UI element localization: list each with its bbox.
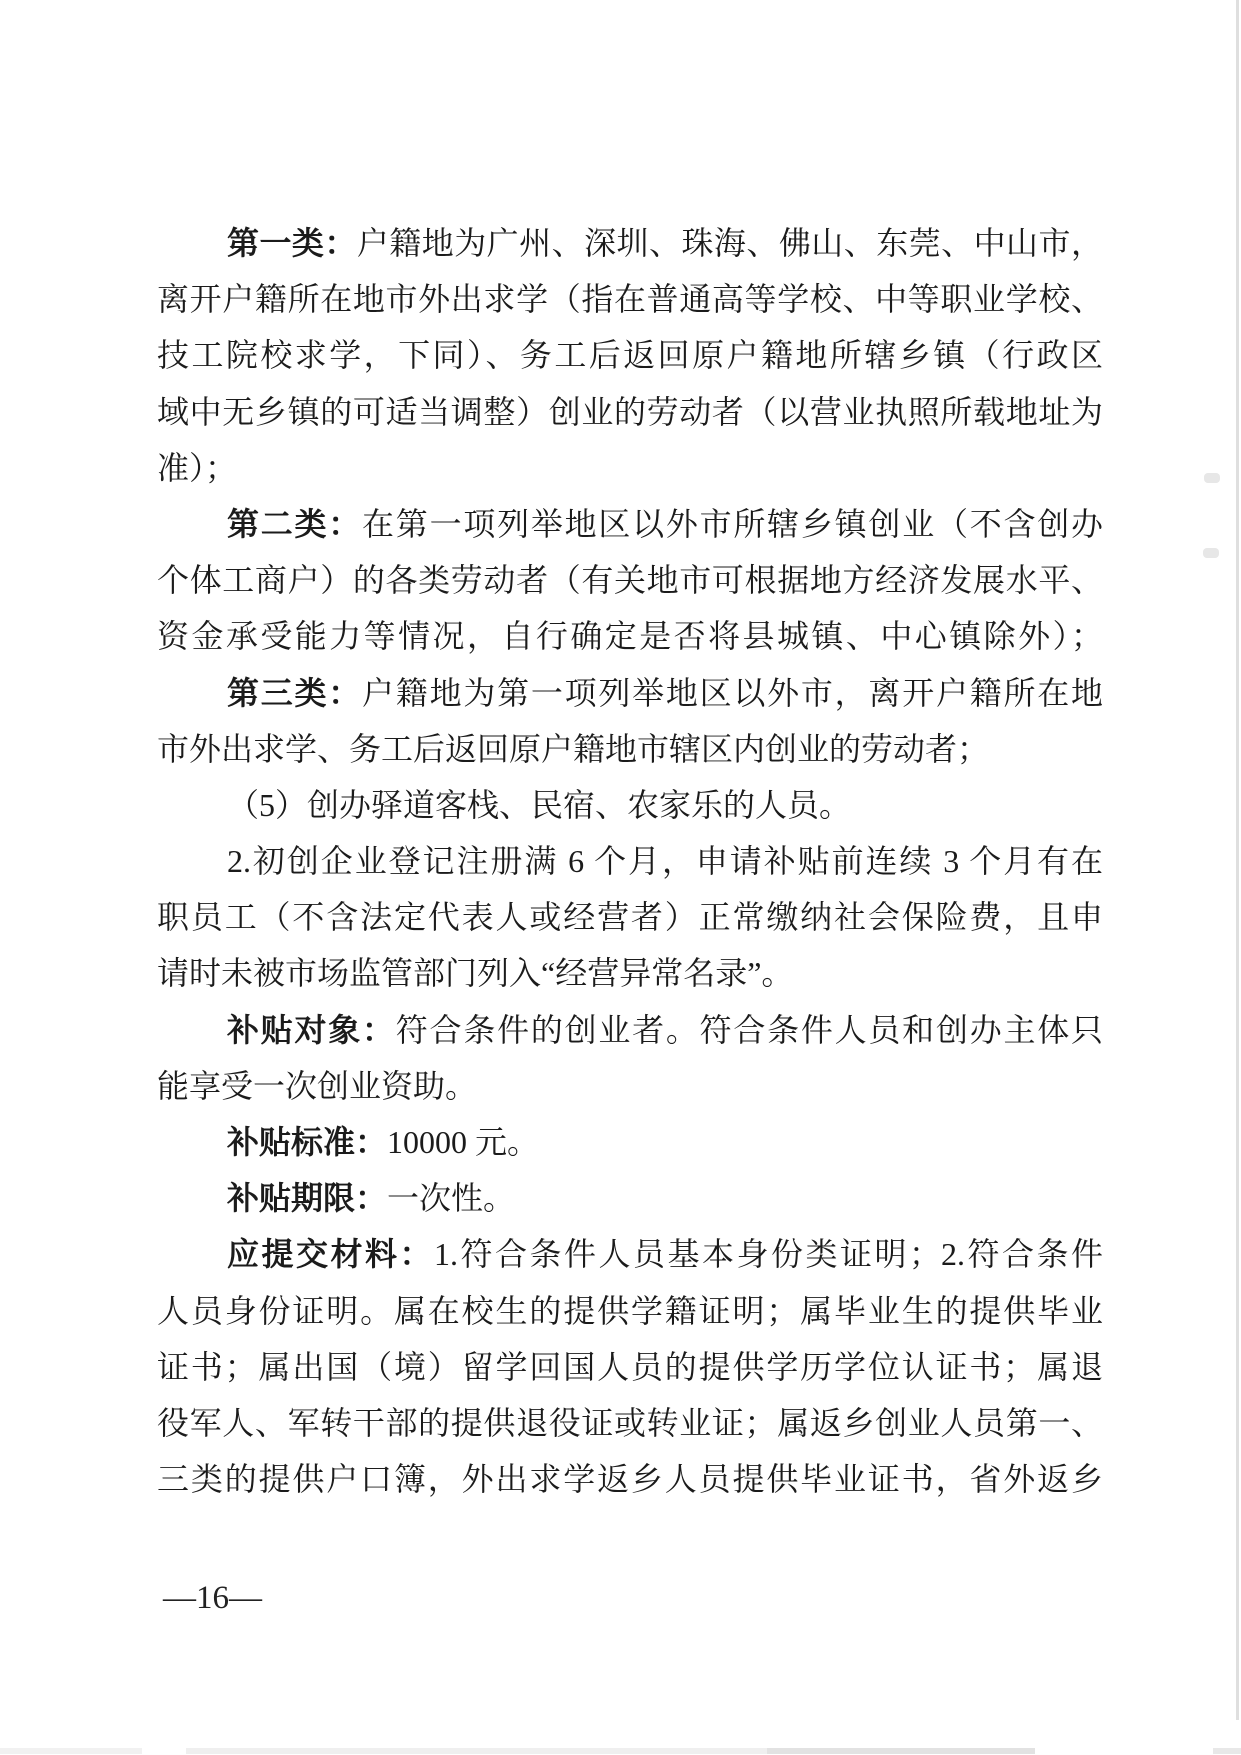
text-line: 技工院校求学，下同）、务工后返回原户籍地所辖乡镇（行政区: [157, 327, 1103, 383]
line-text: 证书；属出国（境）留学回国人员的提供学历学位认证书；属退: [157, 1349, 1103, 1385]
text-line: 补贴期限：一次性。: [157, 1170, 1103, 1226]
text-line: 三类的提供户口簿，外出求学返乡人员提供毕业证书，省外返乡: [157, 1451, 1103, 1507]
line-text: 准）；: [157, 450, 237, 486]
text-line: 个体工商户）的各类劳动者（有关地市可根据地方经济发展水平、: [157, 552, 1103, 608]
line-text: 能享受一次创业资助。: [157, 1068, 477, 1104]
line-text: 户籍地为广州、深圳、珠海、佛山、东莞、中山市，: [357, 225, 1103, 261]
text-line: 能享受一次创业资助。: [157, 1058, 1103, 1114]
text-line: 补贴标准：10000 元。: [157, 1114, 1103, 1170]
scan-artifact-smudge: [1203, 548, 1219, 558]
line-lead: 第一类：: [227, 225, 357, 261]
text-line: （5）创办驿道客栈、民宿、农家乐的人员。: [157, 777, 1103, 833]
line-lead: 补贴对象：: [227, 1012, 396, 1048]
text-line: 2.初创企业登记注册满 6 个月，申请补贴前连续 3 个月有在: [157, 833, 1103, 889]
scan-artifact-bottom-strip: [767, 1748, 1035, 1754]
text-line: 补贴对象：符合条件的创业者。符合条件人员和创办主体只: [157, 1002, 1103, 1058]
page-number: —16—: [163, 1578, 262, 1618]
line-text: 域中无乡镇的可适当调整）创业的劳动者（以营业执照所载地址为: [157, 394, 1103, 430]
line-text: 2.初创企业登记注册满 6 个月，申请补贴前连续 3 个月有在: [227, 843, 1103, 879]
line-text: 市外出求学、务工后返回原户籍地市辖区内创业的劳动者；: [157, 731, 989, 767]
document-page: 第一类：户籍地为广州、深圳、珠海、佛山、东莞、中山市， 离开户籍所在地市外出求学…: [0, 0, 1241, 1755]
scan-artifact-smudge: [1204, 473, 1220, 483]
line-text: 三类的提供户口簿，外出求学返乡人员提供毕业证书，省外返乡: [157, 1461, 1103, 1497]
text-line: 第二类：在第一项列举地区以外市所辖乡镇创业（不含创办: [157, 496, 1103, 552]
text-line: 资金承受能力等情况，自行确定是否将县城镇、中心镇除外）；: [157, 608, 1103, 664]
text-line: 役军人、军转干部的提供退役证或转业证；属返乡创业人员第一、: [157, 1395, 1103, 1451]
line-text: 职员工（不含法定代表人或经营者）正常缴纳社会保险费，且申: [157, 899, 1103, 935]
line-text: 役军人、军转干部的提供退役证或转业证；属返乡创业人员第一、: [157, 1405, 1103, 1441]
document-body: 第一类：户籍地为广州、深圳、珠海、佛山、东莞、中山市， 离开户籍所在地市外出求学…: [157, 215, 1103, 1507]
line-text: 离开户籍所在地市外出求学（指在普通高等学校、中等职业学校、: [157, 281, 1103, 317]
text-line: 职员工（不含法定代表人或经营者）正常缴纳社会保险费，且申: [157, 889, 1103, 945]
line-lead: 补贴标准：: [227, 1124, 387, 1160]
text-line: 证书；属出国（境）留学回国人员的提供学历学位认证书；属退: [157, 1339, 1103, 1395]
text-line: 准）；: [157, 440, 1103, 496]
line-lead: 第二类：: [227, 506, 362, 542]
scan-artifact-bottom-strip: [1213, 1748, 1241, 1754]
scan-artifact-bottom-strip: [0, 1748, 142, 1754]
line-text: 技工院校求学，下同）、务工后返回原户籍地所辖乡镇（行政区: [157, 337, 1103, 373]
scan-artifact-right-edge: [1236, 0, 1239, 1720]
text-line: 离开户籍所在地市外出求学（指在普通高等学校、中等职业学校、: [157, 271, 1103, 327]
line-text: （5）创办驿道客栈、民宿、农家乐的人员。: [227, 787, 851, 823]
line-lead: 应提交材料：: [227, 1236, 434, 1272]
line-lead: 第三类：: [227, 675, 362, 711]
text-line: 第一类：户籍地为广州、深圳、珠海、佛山、东莞、中山市，: [157, 215, 1103, 271]
line-text: 一次性。: [387, 1180, 515, 1216]
text-line: 域中无乡镇的可适当调整）创业的劳动者（以营业执照所载地址为: [157, 384, 1103, 440]
line-text: 在第一项列举地区以外市所辖乡镇创业（不含创办: [362, 506, 1103, 542]
text-line: 应提交材料：1.符合条件人员基本身份类证明；2.符合条件: [157, 1226, 1103, 1282]
line-text: 户籍地为第一项列举地区以外市，离开户籍所在地: [362, 675, 1103, 711]
text-line: 人员身份证明。属在校生的提供学籍证明；属毕业生的提供毕业: [157, 1283, 1103, 1339]
line-text: 个体工商户）的各类劳动者（有关地市可根据地方经济发展水平、: [157, 562, 1103, 598]
line-text: 1.符合条件人员基本身份类证明；2.符合条件: [434, 1236, 1103, 1272]
text-line: 市外出求学、务工后返回原户籍地市辖区内创业的劳动者；: [157, 721, 1103, 777]
line-text: 资金承受能力等情况，自行确定是否将县城镇、中心镇除外）；: [157, 618, 1103, 654]
line-text: 请时未被市场监管部门列入“经营异常名录”。: [157, 955, 793, 991]
text-line: 第三类：户籍地为第一项列举地区以外市，离开户籍所在地: [157, 665, 1103, 721]
line-text: 符合条件的创业者。符合条件人员和创办主体只: [396, 1012, 1103, 1048]
text-line: 请时未被市场监管部门列入“经营异常名录”。: [157, 945, 1103, 1001]
line-lead: 补贴期限：: [227, 1180, 387, 1216]
line-text: 人员身份证明。属在校生的提供学籍证明；属毕业生的提供毕业: [157, 1293, 1103, 1329]
line-text: 10000 元。: [387, 1124, 539, 1160]
